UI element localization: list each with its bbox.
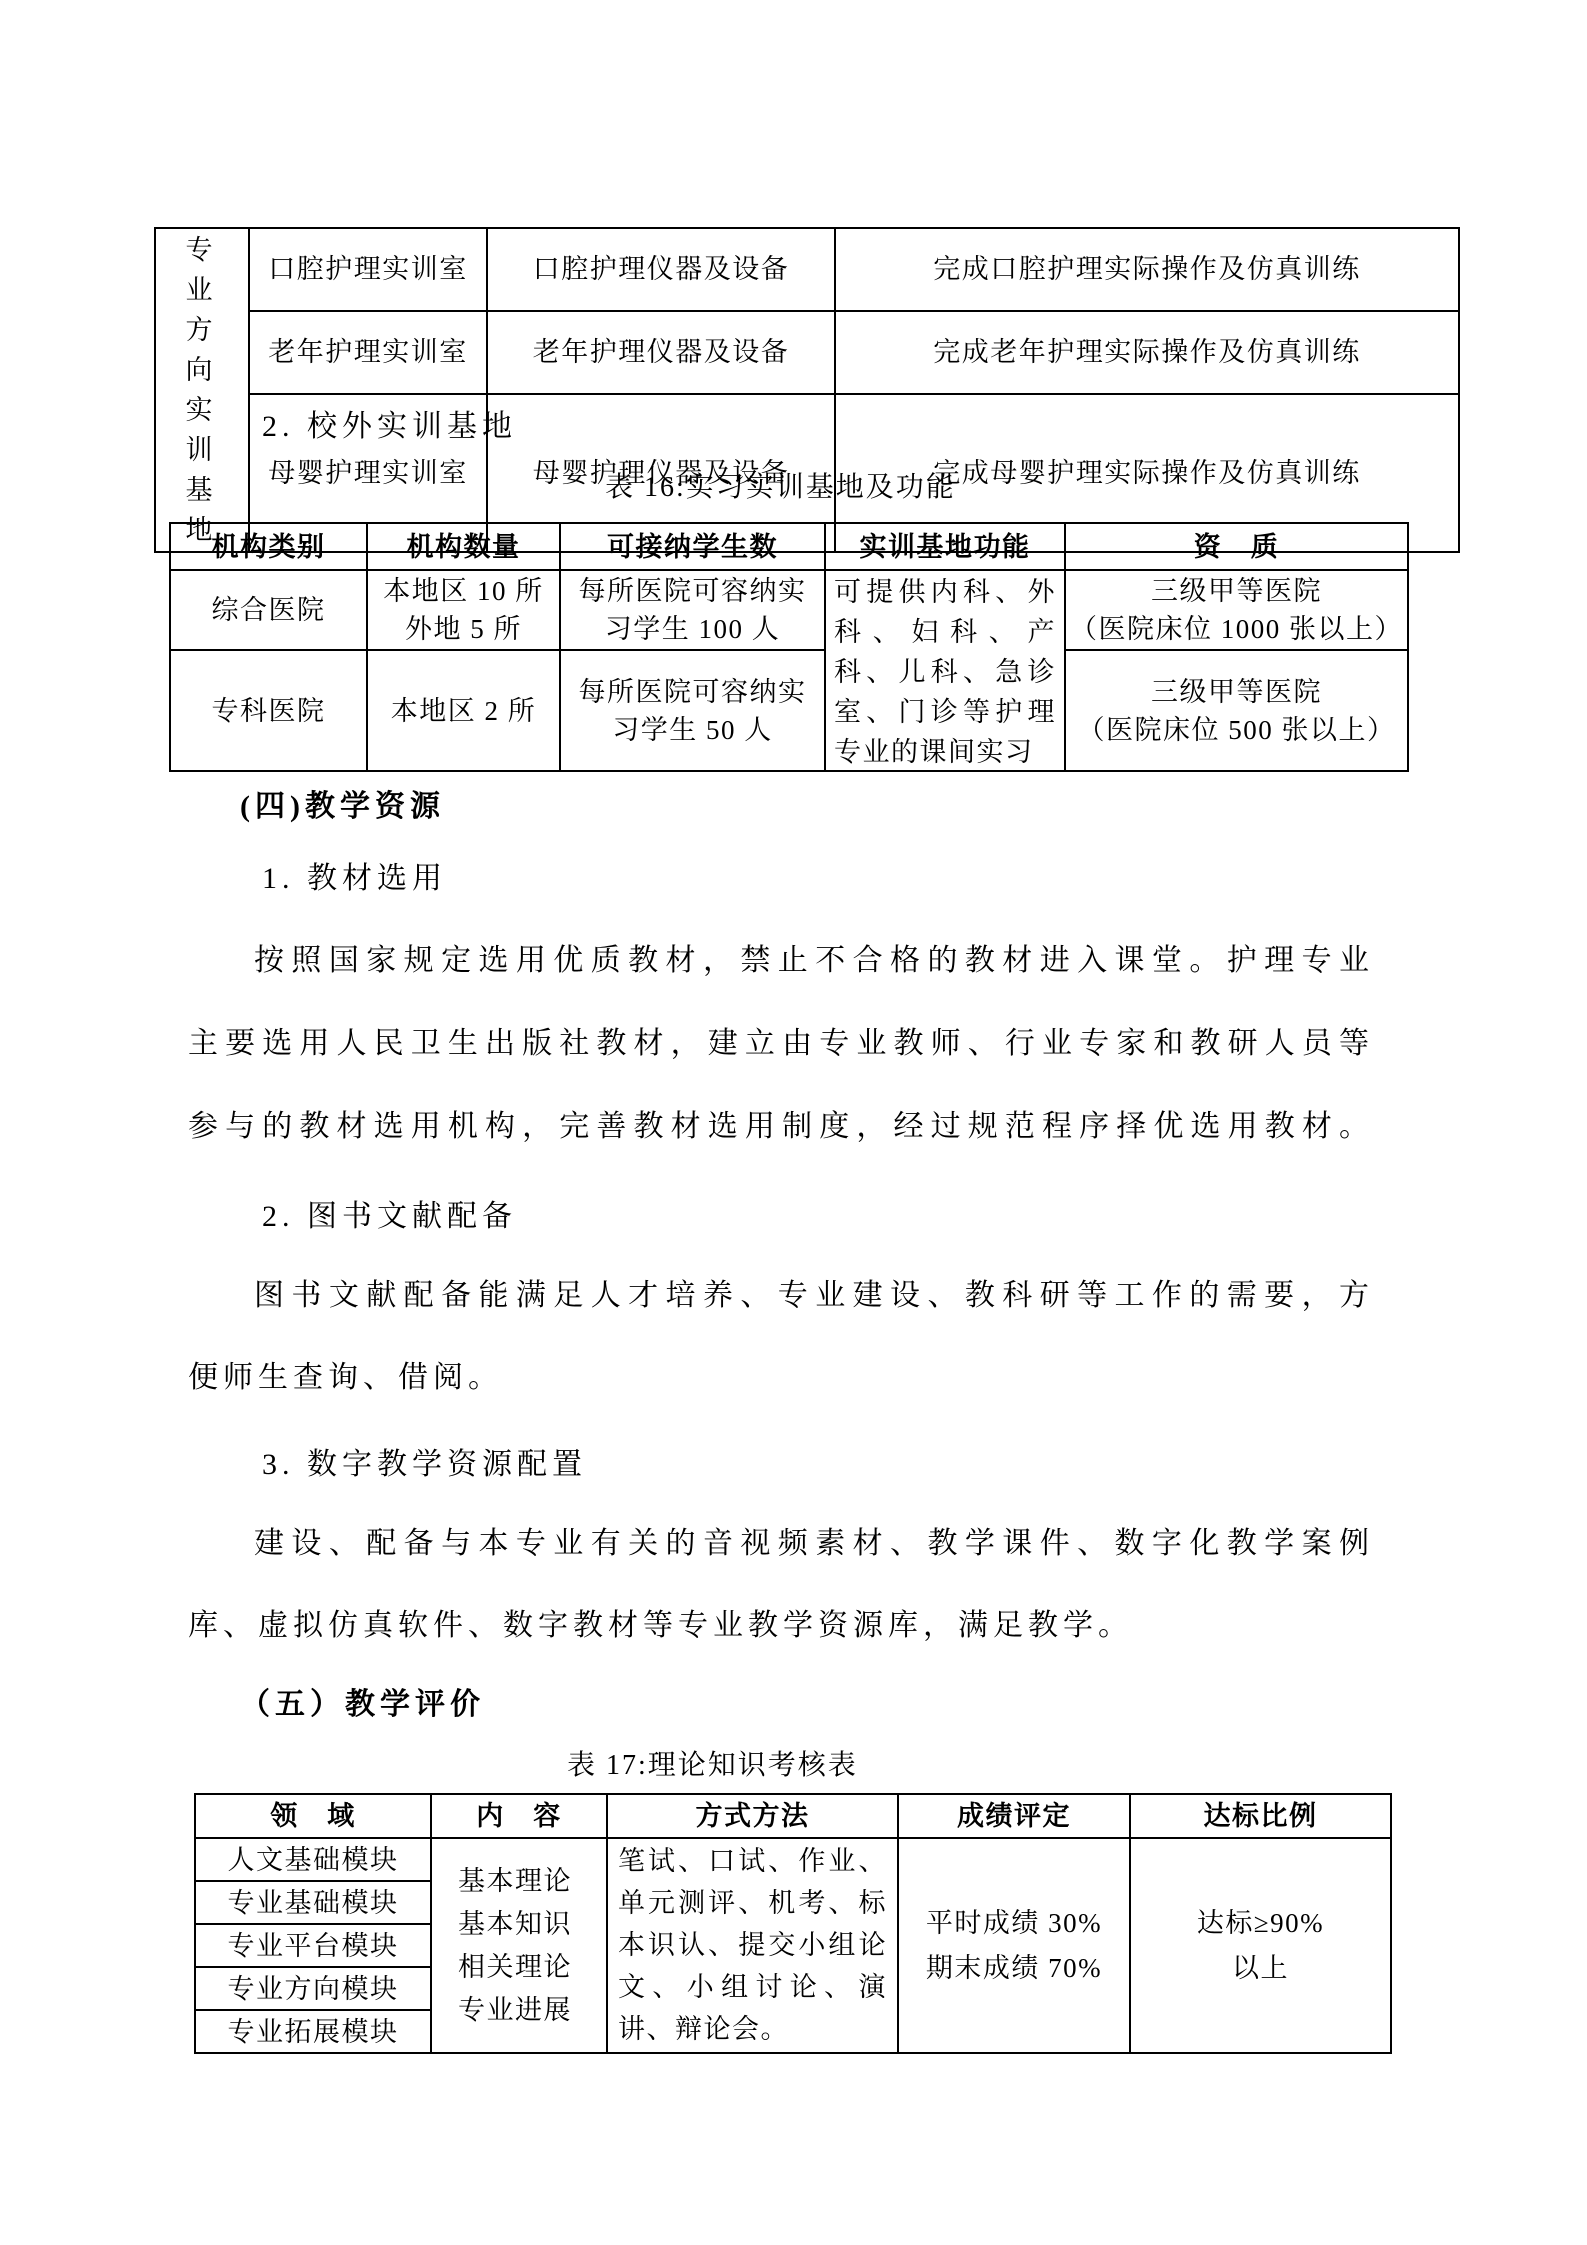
table-cell: 每所医院可容纳实习学生 100 人 xyxy=(560,570,825,650)
column-header: 资 质 xyxy=(1065,523,1408,570)
column-header: 成绩评定 xyxy=(898,1794,1130,1838)
column-header: 实训基地功能 xyxy=(825,523,1065,570)
cell-line: 以上 xyxy=(1135,1946,1386,1991)
paragraph-line: 便师生查询、借阅。 xyxy=(188,1358,1374,1400)
table-cell: 专业基础模块 xyxy=(195,1881,431,1924)
paragraph-line: 主要选用人民卫生出版社教材，建立由专业教师、行业专家和教研人员等 xyxy=(188,1024,1374,1066)
heading-section-5: （五）教学评价 xyxy=(240,1686,485,1724)
heading-external-training-base: 2. 校外实训基地 xyxy=(262,408,517,446)
table-cell: 口腔护理仪器及设备 xyxy=(487,228,835,311)
table-16-caption: 表 16:实习实训基地及功能 xyxy=(605,470,956,506)
table-cell: 综合医院 xyxy=(170,570,367,650)
cell-line: （医院床位 500 张以上） xyxy=(1070,711,1403,749)
table-cell: 完成口腔护理实际操作及仿真训练 xyxy=(835,228,1459,311)
table-header-row: 机构类别 机构数量 可接纳学生数 实训基地功能 资 质 xyxy=(170,523,1408,570)
table-row: 人文基础模块 基本理论 基本知识 相关理论 专业进展 笔试、口试、作业、单元测评… xyxy=(195,1838,1391,1881)
paragraph-line: 建设、配备与本专业有关的音视频素材、教学课件、数字化教学案例 xyxy=(188,1524,1374,1566)
column-header: 机构数量 xyxy=(367,523,560,570)
cell-line: 期末成绩 70% xyxy=(903,1946,1125,1991)
paragraph-line: 参与的教材选用机构，完善教材选用制度，经过规范程序择优选用教材。 xyxy=(188,1107,1374,1149)
table-17: 领 域 内 容 方式方法 成绩评定 达标比例 人文基础模块 基本理论 基本知识 … xyxy=(194,1793,1392,2054)
table-cell: 专业拓展模块 xyxy=(195,2010,431,2053)
table-cell: 专业方向模块 xyxy=(195,1967,431,2010)
row-group-header-cell: 专业方向实训基地 xyxy=(155,228,249,552)
table-cell: 老年护理仪器及设备 xyxy=(487,311,835,394)
cell-line: 基本理论 xyxy=(458,1860,602,1903)
cell-line: （医院床位 1000 张以上） xyxy=(1070,610,1403,648)
table-cell: 本地区 2 所 xyxy=(367,650,560,771)
cell-text: 笔试、口试、作业、单元测评、机考、标本识认、提交小组论文、小组讨论、演讲、辩论会… xyxy=(618,1840,887,2052)
merged-standard-cell: 达标≥90% 以上 xyxy=(1130,1838,1391,2053)
cell-line: 平时成绩 30% xyxy=(903,1901,1125,1946)
table-row: 专业方向实训基地 口腔护理实训室 口腔护理仪器及设备 完成口腔护理实际操作及仿真… xyxy=(155,228,1459,311)
column-header: 达标比例 xyxy=(1130,1794,1391,1838)
table-cell: 专业平台模块 xyxy=(195,1924,431,1967)
paragraph-line: 图书文献配备能满足人才培养、专业建设、教科研等工作的需要，方 xyxy=(188,1276,1374,1318)
column-header: 方式方法 xyxy=(607,1794,898,1838)
cell-line: 每所医院可容纳实习学生 100 人 xyxy=(565,572,820,648)
merged-function-cell: 可提供内科、外科、妇科、产科、儿科、急诊室、门诊等护理专业的课间实习 xyxy=(825,570,1065,771)
cell-line: 达标≥90% xyxy=(1135,1901,1386,1946)
cell-line: 本地区 10 所 xyxy=(372,572,555,610)
heading-sub-2: 2. 图书文献配备 xyxy=(262,1198,517,1236)
table-row: 专科医院 本地区 2 所 每所医院可容纳实习学生 50 人 三级甲等医院 （医院… xyxy=(170,650,1408,771)
table-cell: 口腔护理实训室 xyxy=(249,228,487,311)
table-17-caption: 表 17:理论知识考核表 xyxy=(567,1748,858,1784)
cell-line: 外地 5 所 xyxy=(372,610,555,648)
document-page: 专业方向实训基地 口腔护理实训室 口腔护理仪器及设备 完成口腔护理实际操作及仿真… xyxy=(0,0,1587,2245)
table-cell: 本地区 10 所 外地 5 所 xyxy=(367,570,560,650)
table-cell: 人文基础模块 xyxy=(195,1838,431,1881)
row-group-header: 专业方向实训基地 xyxy=(170,230,234,550)
cell-line: 三级甲等医院 xyxy=(1070,572,1403,610)
merged-content-cell: 基本理论 基本知识 相关理论 专业进展 xyxy=(431,1838,607,2053)
cell-line: 基本知识 xyxy=(458,1903,602,1946)
column-header: 机构类别 xyxy=(170,523,367,570)
heading-section-4: (四)教学资源 xyxy=(240,788,445,826)
cell-line: 专业进展 xyxy=(458,1989,602,2032)
merged-methods-cell: 笔试、口试、作业、单元测评、机考、标本识认、提交小组论文、小组讨论、演讲、辩论会… xyxy=(607,1838,898,2053)
paragraph-line: 库、虚拟仿真软件、数字教材等专业教学资源库，满足教学。 xyxy=(188,1606,1374,1648)
column-header: 领 域 xyxy=(195,1794,431,1838)
table-cell: 三级甲等医院 （医院床位 1000 张以上） xyxy=(1065,570,1408,650)
table-header-row: 领 域 内 容 方式方法 成绩评定 达标比例 xyxy=(195,1794,1391,1838)
table-row: 综合医院 本地区 10 所 外地 5 所 每所医院可容纳实习学生 100 人 可… xyxy=(170,570,1408,650)
table-cell: 三级甲等医院 （医院床位 500 张以上） xyxy=(1065,650,1408,771)
heading-sub-3: 3. 数字教学资源配置 xyxy=(262,1446,587,1484)
table-cell: 每所医院可容纳实习学生 50 人 xyxy=(560,650,825,771)
table-cell: 专科医院 xyxy=(170,650,367,771)
table-16: 机构类别 机构数量 可接纳学生数 实训基地功能 资 质 综合医院 本地区 10 … xyxy=(169,522,1409,772)
cell-text: 可提供内科、外科、妇科、产科、儿科、急诊室、门诊等护理专业的课间实习 xyxy=(834,572,1056,770)
cell-line: 三级甲等医院 xyxy=(1070,673,1403,711)
merged-grading-cell: 平时成绩 30% 期末成绩 70% xyxy=(898,1838,1130,2053)
table-cell: 完成老年护理实际操作及仿真训练 xyxy=(835,311,1459,394)
column-header: 内 容 xyxy=(431,1794,607,1838)
cell-line: 相关理论 xyxy=(458,1946,602,1989)
table-cell: 老年护理实训室 xyxy=(249,311,487,394)
cell-line: 每所医院可容纳实习学生 50 人 xyxy=(565,673,820,749)
column-header: 可接纳学生数 xyxy=(560,523,825,570)
heading-sub-1: 1. 教材选用 xyxy=(262,860,447,898)
table-row: 老年护理实训室 老年护理仪器及设备 完成老年护理实际操作及仿真训练 xyxy=(155,311,1459,394)
paragraph-line: 按照国家规定选用优质教材，禁止不合格的教材进入课堂。护理专业 xyxy=(188,941,1374,983)
